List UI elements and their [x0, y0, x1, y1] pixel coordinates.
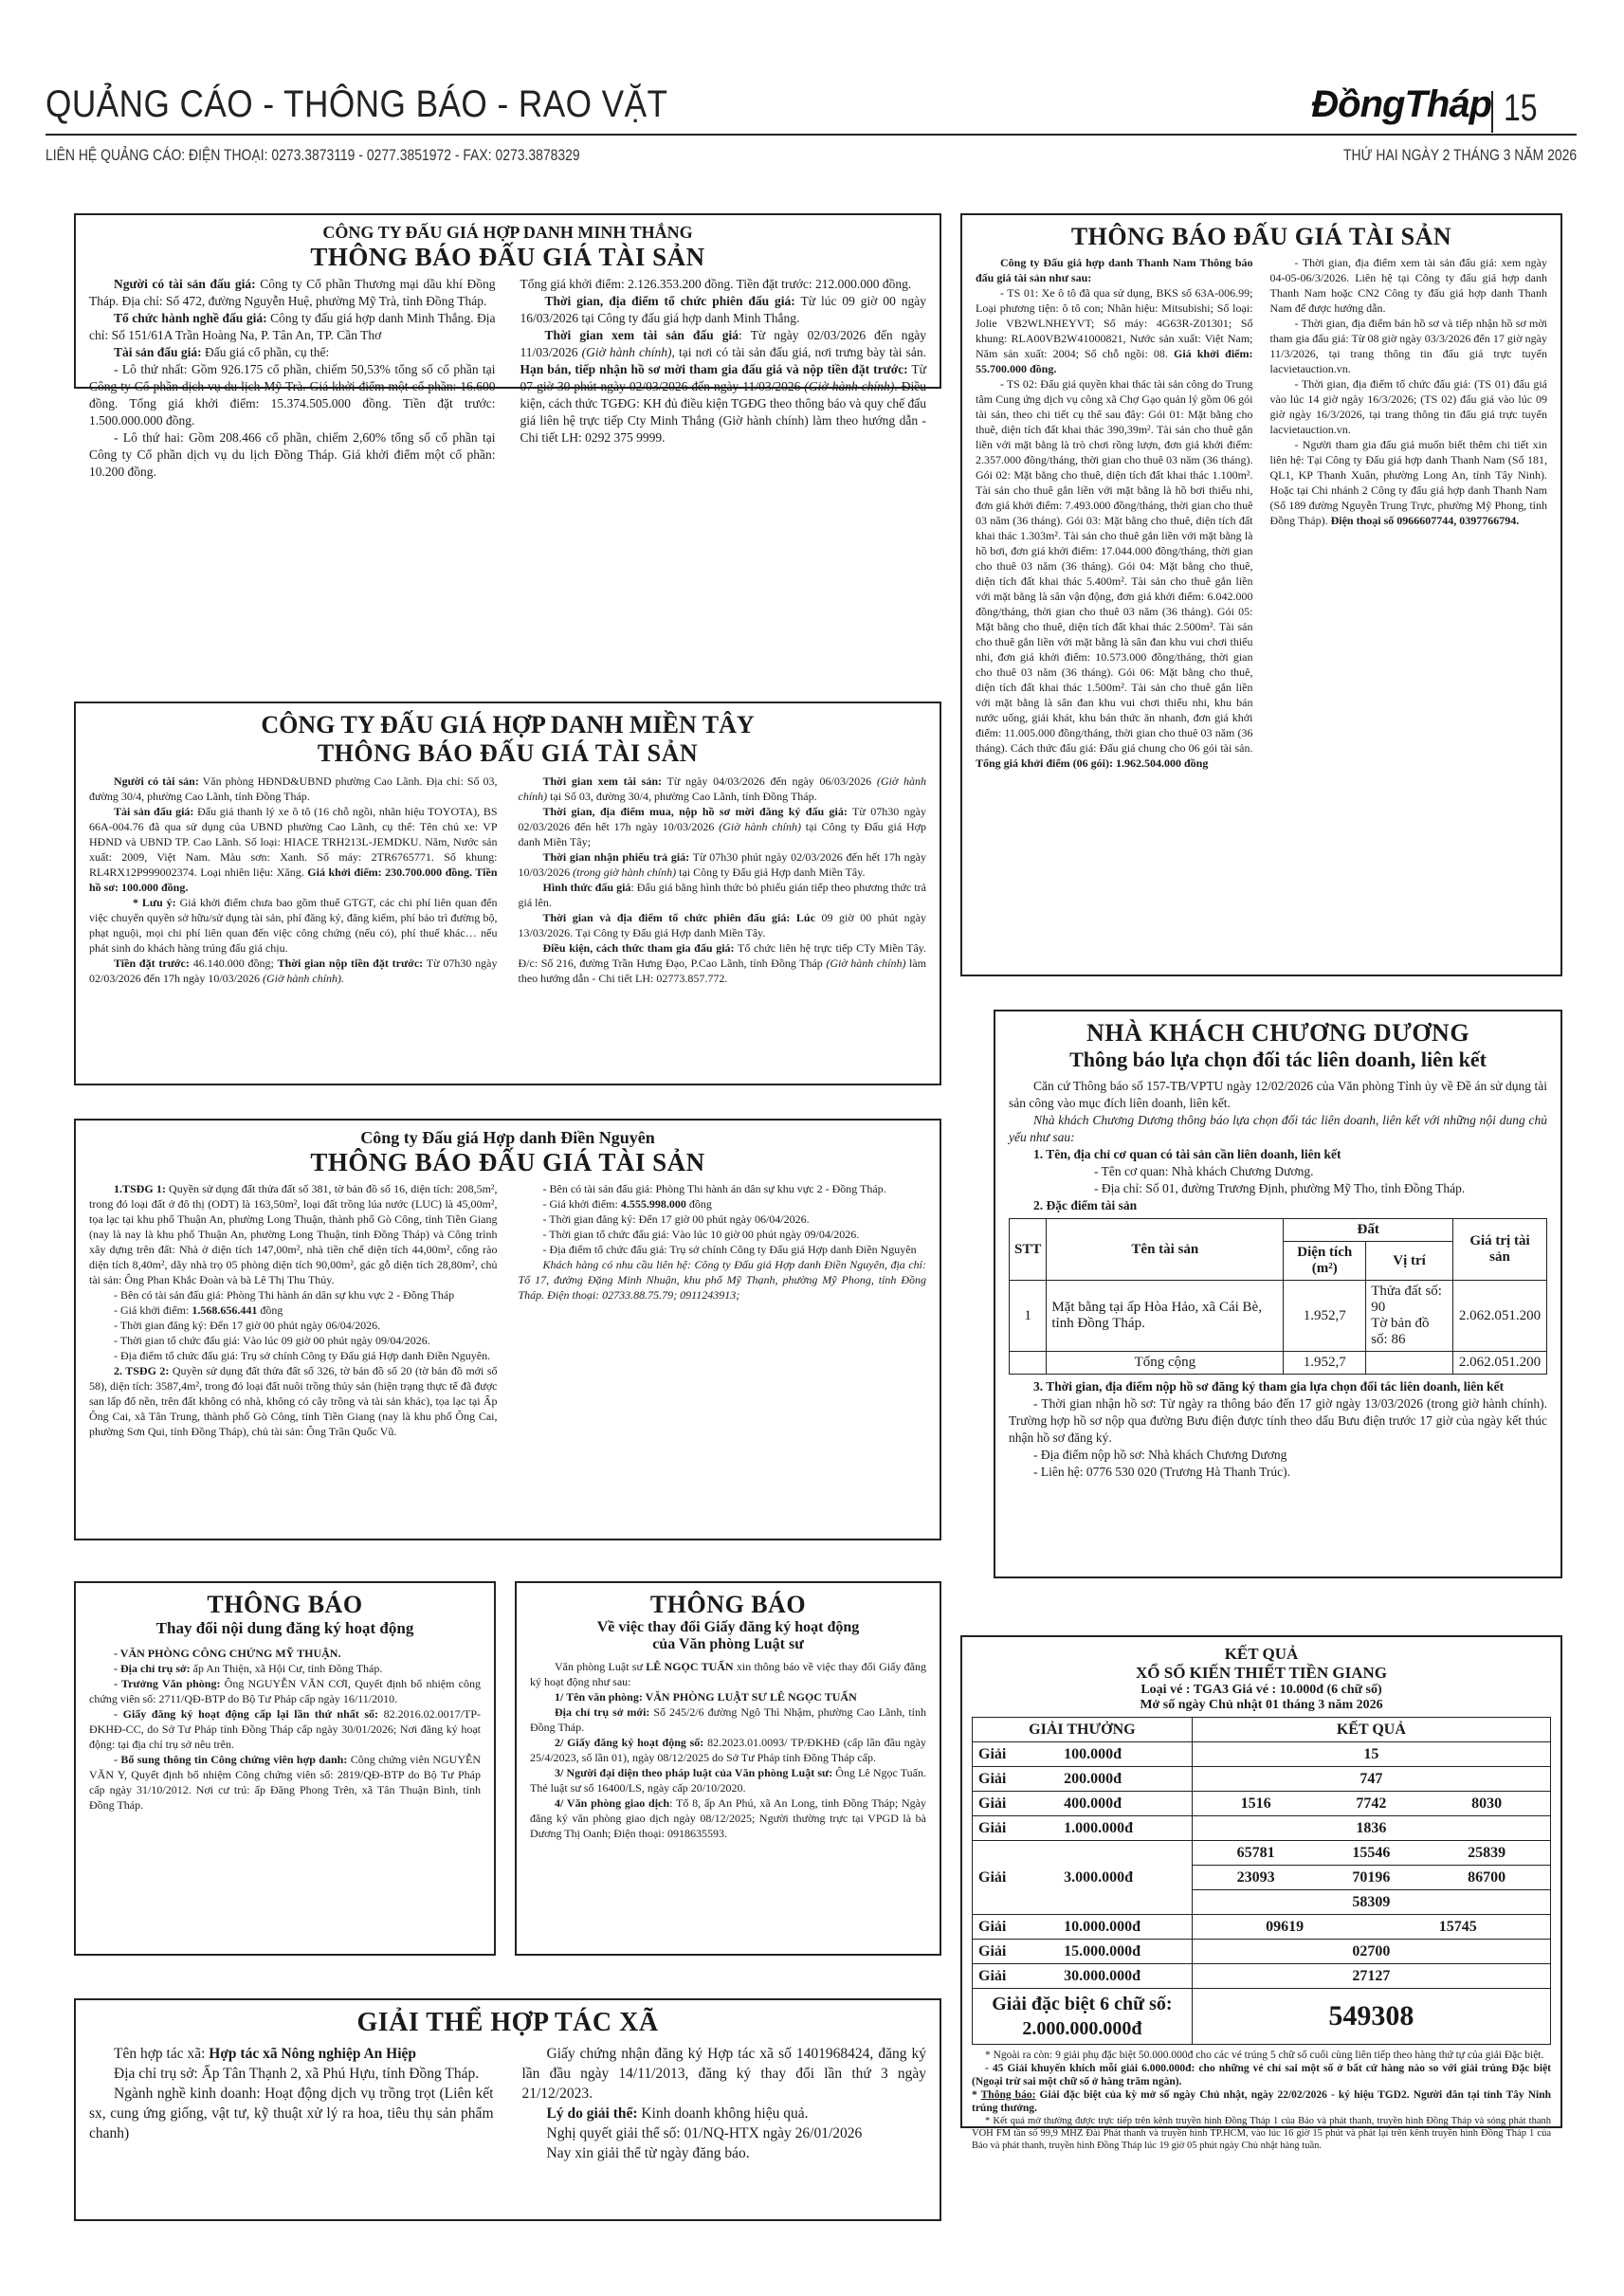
text: (trong giờ hành chính) [573, 866, 676, 879]
text: - Thời gian tổ chức đấu giá: Vào lúc 09 … [89, 1333, 498, 1348]
winning-number: 09619 [1266, 1919, 1304, 1936]
winning-number: 86700 [1468, 1869, 1505, 1886]
text: - Giá khởi điểm: [114, 1303, 192, 1317]
text: Nghị quyết giải thể số: 01/NQ-HTX ngày 2… [522, 2123, 927, 2143]
text: - Địa điểm nộp hồ sơ: Nhà khách Chương D… [1009, 1447, 1547, 1464]
lottery-results: KẾT QUẢ XỔ SỐ KIẾN THIẾT TIỀN GIANG Loại… [960, 1635, 1562, 2128]
prize-label: Giải [973, 1792, 1059, 1816]
special-number: 549308 [1192, 1989, 1550, 2045]
winning-number: 25839 [1468, 1845, 1505, 1862]
lottery-subtitle: XỔ SỐ KIẾN THIẾT TIỀN GIANG [972, 1664, 1551, 1683]
prize-amount: 10.000.000đ [1058, 1915, 1192, 1940]
ts02: - TS 02: Đấu giá quyền khai thác tài sản… [976, 377, 1253, 755]
prize-row: Giải15.000.000đ02700 [973, 1940, 1551, 1964]
coop-name: Hợp tác xã Nông nghiệp An Hiệp [209, 2046, 416, 2062]
text: Nay xin giải thể từ ngày đăng báo. [522, 2143, 927, 2163]
prize-row: Giải3.000.000đ657811554625839 [973, 1841, 1551, 1866]
header-separator [1491, 91, 1493, 133]
winning-number: 65781 [1237, 1845, 1275, 1862]
ad-chuong-duong: NHÀ KHÁCH CHƯƠNG DƯƠNG Thông báo lựa chọ… [994, 1010, 1562, 1578]
text: - Tên cơ quan: Nhà khách Chương Dương. [1009, 1163, 1547, 1180]
prize-amount: 3.000.000đ [1058, 1841, 1192, 1915]
cell: 1.952,7 [1284, 1352, 1366, 1375]
company-name: CÔNG TY ĐẤU GIÁ HỢP DANH MIỀN TÂY [89, 711, 926, 739]
text: 46.140.000 đồng; [190, 957, 278, 970]
text: Tên hợp tác xã: [114, 2046, 209, 2062]
notice-subtitle: của Văn phòng Luật sư [530, 1636, 926, 1653]
label: Tài sản đấu giá: [114, 345, 202, 359]
price: Tổng giá khởi điểm (06 gói): 1.962.504.0… [976, 756, 1208, 770]
label: Người có tài sản đấu giá: [114, 277, 256, 291]
winning-number: 02700 [1192, 1940, 1550, 1964]
cell: 2.062.051.200 [1452, 1281, 1546, 1352]
prize-row: Giải100.000đ15 [973, 1742, 1551, 1767]
prize-label: Giải [973, 1816, 1059, 1841]
company-name: CÔNG TY ĐẤU GIÁ HỢP DANH MINH THẮNG [89, 223, 926, 243]
note: * Kết quả mở thưởng được trực tiếp trên … [972, 2115, 1551, 2152]
notice-title: GIẢI THỂ HỢP TÁC XÃ [89, 2008, 926, 2038]
col-value: Giá trị tài sản [1452, 1219, 1546, 1281]
text: Kinh doanh không hiệu quả. [638, 2105, 809, 2122]
text: Ngành nghề kinh doanh: Hoạt động dịch vụ… [89, 2084, 494, 2143]
note: * Ngoài ra còn: 9 giải phụ đặc biệt 50.0… [972, 2049, 1551, 2062]
prize-amount: 1.000.000đ [1058, 1816, 1192, 1841]
office-name: - VĂN PHÒNG CÔNG CHỨNG MỸ THUẬN. [114, 1647, 340, 1660]
prize-row: Giải30.000.000đ27127 [973, 1964, 1551, 1989]
newspaper-logo: ĐồngTháp [1311, 83, 1491, 126]
prize-label: Giải [973, 1742, 1059, 1767]
text: ấp An Thiện, xã Hội Cư, tỉnh Đồng Tháp. [191, 1662, 383, 1675]
text: Văn phòng Luật sư [555, 1660, 646, 1673]
ad-minh-thang: CÔNG TY ĐẤU GIÁ HỢP DANH MINH THẮNG THÔN… [74, 213, 941, 389]
notice-subtitle: Về việc thay đổi Giấy đăng ký hoạt động [530, 1619, 926, 1636]
winning-number: 23093 [1237, 1869, 1275, 1886]
text: tại Công ty Đấu giá Hợp danh Miền Tây. [676, 866, 865, 879]
note-label: Thông báo: [981, 2089, 1036, 2101]
view-time: - Thời gian, địa điểm xem tài sản đấu gi… [1270, 255, 1548, 316]
special-amount: 2.000.000.000đ [978, 2016, 1186, 2041]
col-area: Diện tích (m²) [1284, 1242, 1366, 1281]
label: Thời gian xem tài sản: [543, 774, 663, 788]
lottery-table: GIẢI THƯỞNGKẾT QUẢ Giải100.000đ15 Giải20… [972, 1717, 1551, 2045]
label: Hình thức đấu giá [543, 881, 631, 894]
winning-number: 8030 [1471, 1795, 1502, 1813]
label: - Địa chỉ trụ sở: [114, 1662, 191, 1675]
lot-1: - Lô thứ nhất: Gồm 926.175 cổ phần, chiế… [89, 361, 496, 429]
text: - Giá khởi điểm: [543, 1197, 621, 1211]
prize-amount: 200.000đ [1058, 1767, 1192, 1792]
ad-giai-the-htx: GIẢI THỂ HỢP TÁC XÃ Tên hợp tác xã: Hợp … [74, 1998, 941, 2221]
text: - Liên hệ: 0776 530 020 (Trương Hà Thanh… [1009, 1464, 1547, 1481]
col-stt: STT [1010, 1219, 1047, 1281]
notice-title: NHÀ KHÁCH CHƯƠNG DƯƠNG [1009, 1019, 1547, 1048]
heading: 2. Đặc điểm tài sản [1033, 1198, 1137, 1212]
lot-2: - Lô thứ hai: Gồm 208.466 cổ phần, chiếm… [89, 429, 496, 481]
winning-number: 747 [1192, 1767, 1550, 1792]
text: (Giờ hành chính) [719, 820, 801, 833]
label: - Giấy đăng ký hoạt động cấp lại lần thứ… [114, 1707, 378, 1721]
col-location: Vị trí [1366, 1242, 1453, 1281]
ad-my-thuan: THÔNG BÁO Thay đổi nội dung đăng ký hoạt… [74, 1581, 496, 1956]
prize-label: Giải [973, 1767, 1059, 1792]
text: (Giờ hành chính). [263, 972, 344, 985]
label: 2. TSĐG 2: [114, 1364, 169, 1377]
notice-subtitle: Thay đổi nội dung đăng ký hoạt động [89, 1619, 481, 1638]
cell: 1.952,7 [1284, 1281, 1366, 1352]
prize-label: Giải [973, 1915, 1059, 1940]
winning-number: 1516 [1241, 1795, 1271, 1813]
winning-number: 70196 [1352, 1869, 1390, 1886]
note: Giải đặc biệt của kỳ mở số ngày Chủ nhật… [972, 2089, 1551, 2114]
text: (Giờ hành chính) [826, 957, 905, 970]
text: Địa chỉ trụ sở: Ấp Tân Thạnh 2, xã Phú H… [89, 2064, 494, 2084]
ad-contact-line: LIÊN HỆ QUẢNG CÁO: ĐIỆN THOẠI: 0273.3873… [46, 146, 580, 165]
label: Thời gian và địa điểm tổ chức phiên đấu … [543, 911, 815, 924]
cell: Mặt bằng tại ấp Hòa Hảo, xã Cái Bè, tỉnh… [1047, 1281, 1284, 1352]
text: - Thời gian tổ chức đấu giá: Vào lúc 10 … [519, 1227, 927, 1242]
col-prize: GIẢI THƯỞNG [973, 1718, 1193, 1742]
asset-table: STT Tên tài sản Đất Giá trị tài sản Diện… [1009, 1218, 1547, 1375]
label: * Lưu ý: [133, 896, 176, 909]
label: Tiền đặt trước: [114, 957, 190, 970]
notice-title: THÔNG BÁO ĐẤU GIÁ TÀI SẢN [89, 1148, 926, 1177]
text: (Giờ hành chính) [804, 379, 894, 393]
label: 1.TSĐG 1: [114, 1182, 166, 1195]
heading: 1/ Tên văn phòng: VĂN PHÒNG LUẬT SƯ LÊ N… [555, 1690, 857, 1704]
table-row: 1 Mặt bằng tại ấp Hòa Hảo, xã Cái Bè, tỉ… [1010, 1281, 1547, 1352]
heading: 1. Tên, địa chỉ cơ quan có tài sản cần l… [1033, 1147, 1341, 1161]
prize-label: Giải [973, 1841, 1059, 1915]
notice-title: THÔNG BÁO ĐẤU GIÁ TÀI SẢN [89, 739, 926, 768]
notice-title: THÔNG BÁO ĐẤU GIÁ TÀI SẢN [89, 243, 926, 272]
text: Căn cứ Thông báo số 157-TB/VPTU ngày 12/… [1009, 1078, 1547, 1112]
prize-label: Giải [973, 1964, 1059, 1989]
page-number: 15 [1504, 87, 1538, 130]
text: đồng [686, 1197, 712, 1211]
col-name: Tên tài sản [1047, 1219, 1284, 1281]
intro: Công ty Đấu giá hợp danh Thanh Nam Thông… [976, 256, 1253, 284]
label: Lý do giải thể: [547, 2105, 638, 2122]
office-name: LÊ NGỌC TUẤN [646, 1660, 733, 1673]
section-title: QUẢNG CÁO - THÔNG BÁO - RAO VẶT [46, 83, 667, 126]
label: 3/ Người đại diện theo pháp luật của Văn… [555, 1766, 832, 1779]
sale-time: - Thời gian, địa điểm bán hồ sơ và tiếp … [1270, 316, 1548, 376]
cell: 1 [1010, 1281, 1047, 1352]
text: - Địa chỉ: Số 01, đường Trương Định, phư… [1009, 1180, 1547, 1197]
text: - Địa điểm tổ chức đấu giá: Trụ sở chính… [519, 1242, 927, 1257]
winning-number: 15745 [1439, 1919, 1477, 1936]
text: (Giờ hành chính) [582, 345, 672, 359]
prize-row: Giải1.000.000đ1836 [973, 1816, 1551, 1841]
header-rule [46, 134, 1577, 136]
text: tại Số 03, đường 30/4, phường Cao Lãnh, … [547, 790, 816, 803]
ad-mien-tay: CÔNG TY ĐẤU GIÁ HỢP DANH MIỀN TÂY THÔNG … [74, 702, 941, 1085]
cell: Tổng cộng [1047, 1352, 1284, 1375]
label: Người có tài sản: [114, 774, 199, 788]
label: Điều kiện, cách thức tham gia đấu giá: [543, 941, 735, 955]
price: 4.555.998.000 [621, 1197, 686, 1211]
prize-amount: 30.000.000đ [1058, 1964, 1192, 1989]
winning-number: 15 [1192, 1742, 1550, 1767]
ad-dien-nguyen: Công ty Đấu giá Hợp danh Điền Nguyên THÔ… [74, 1119, 941, 1540]
notice-title: THÔNG BÁO ĐẤU GIÁ TÀI SẢN [976, 223, 1547, 251]
text: - Thời gian đăng ký: Đến 17 giờ 00 phút … [89, 1318, 498, 1333]
issue-date: THỨ HAI NGÀY 2 THÁNG 3 NĂM 2026 [1343, 146, 1577, 165]
label: Thời gian, địa điểm tổ chức phiên đấu gi… [545, 294, 795, 308]
winning-number: 7742 [1356, 1795, 1386, 1813]
prize-row: Giải400.000đ151677428030 [973, 1792, 1551, 1816]
prize-amount: 15.000.000đ [1058, 1940, 1192, 1964]
label: Thời gian xem tài sản đấu giá [545, 328, 739, 342]
label: Địa chỉ trụ sở mới: [555, 1705, 649, 1719]
text: Đấu giá cổ phần, cụ thể: [202, 345, 330, 359]
price: 1.568.656.441 [192, 1303, 257, 1317]
label: 4/ Văn phòng giao dịch [555, 1796, 669, 1810]
lottery-title: KẾT QUẢ [972, 1645, 1551, 1664]
total-price: Tổng giá khởi điểm: 2.126.353.200 đồng. … [520, 276, 927, 293]
col-result: KẾT QUẢ [1192, 1718, 1550, 1742]
total-row: Tổng cộng 1.952,7 2.062.051.200 [1010, 1352, 1547, 1375]
text: - Thời gian đăng ký: Đến 17 giờ 00 phút … [519, 1212, 927, 1227]
company-name: Công ty Đấu giá Hợp danh Điền Nguyên [89, 1128, 926, 1148]
label: Tổ chức hành nghề đấu giá: [114, 311, 267, 325]
label: - Bổ sung thông tin Công chứng viên hợp … [114, 1753, 347, 1766]
special-prize-row: Giải đặc biệt 6 chữ số:2.000.000.000đ 54… [973, 1989, 1551, 2045]
notice-title: THÔNG BÁO [530, 1591, 926, 1619]
ticket-info: Loại vé : TGA3 Giá vé : 10.000đ (6 chữ s… [972, 1683, 1551, 1698]
text: đồng [257, 1303, 283, 1317]
text: Từ ngày 04/03/2026 đến ngày 06/03/2026 [662, 774, 877, 788]
note: - 45 Giải khuyến khích mỗi giải 6.000.00… [972, 2062, 1551, 2088]
cell: 2.062.051.200 [1452, 1352, 1546, 1375]
label: 2/ Giấy đăng ký hoạt động số: [555, 1736, 703, 1749]
special-label: Giải đặc biệt 6 chữ số: [978, 1992, 1186, 2016]
cell: Thửa đất số: 90 [1371, 1284, 1448, 1316]
prize-amount: 100.000đ [1058, 1742, 1192, 1767]
text: , tại nơi có tài sản đấu giá, nơi trưng … [672, 345, 926, 359]
label: Thời gian nộp tiền đặt trước: [278, 957, 424, 970]
label: Thời gian, địa điểm mua, nộp hồ sơ mời đ… [543, 805, 848, 818]
ad-thanh-nam: THÔNG BÁO ĐẤU GIÁ TÀI SẢN Công ty Đấu gi… [960, 213, 1562, 976]
text: - Địa điểm tổ chức đấu giá: Trụ sở chính… [89, 1348, 498, 1363]
cell: Tờ bản đồ số: 86 [1371, 1316, 1448, 1348]
label: - Trưởng Văn phòng: [114, 1677, 220, 1690]
text: Giấy chứng nhận đăng ký Hợp tác xã số 14… [522, 2044, 927, 2104]
prize-amount: 400.000đ [1058, 1792, 1192, 1816]
prize-row: Giải200.000đ747 [973, 1767, 1551, 1792]
prize-label: Giải [973, 1940, 1059, 1964]
text: - Thời gian nhận hồ sơ: Từ ngày ra thông… [1009, 1395, 1547, 1447]
label: Tài sản đấu giá: [114, 805, 193, 818]
prize-row: Giải10.000.000đ0961915745 [973, 1915, 1551, 1940]
label: Hạn bán, tiếp nhận hồ sơ mời tham gia đấ… [520, 362, 908, 376]
winning-number: 15546 [1352, 1845, 1390, 1862]
text: - Bên có tài sản đấu giá: Phòng Thi hành… [519, 1181, 927, 1196]
text: Nhà khách Chương Dương thông báo lựa chọ… [1009, 1113, 1547, 1144]
notice-title: THÔNG BÁO [89, 1591, 481, 1619]
auction-time: - Thời gian, địa điểm tổ chức đấu giá: (… [1270, 376, 1548, 437]
label: Thời gian nhận phiếu trả giá: [543, 850, 690, 864]
notice-subtitle: Thông báo lựa chọn đối tác liên doanh, l… [1009, 1048, 1547, 1072]
text: Quyền sử dụng đất thửa đất số 381, tờ bả… [89, 1182, 498, 1286]
winning-number: 1836 [1192, 1816, 1550, 1841]
contact: Khách hàng có nhu cầu liên hệ: Công ty Đ… [519, 1258, 927, 1302]
draw-date: Mở số ngày Chủ nhật 01 tháng 3 năm 2026 [972, 1698, 1551, 1713]
heading: 3. Thời gian, địa điểm nộp hồ sơ đăng ký… [1033, 1379, 1504, 1394]
winning-number: 58309 [1192, 1890, 1550, 1915]
phone: Điện thoại số 0966607744, 0397766794. [1331, 514, 1520, 527]
winning-number: 27127 [1192, 1964, 1550, 1989]
col-land: Đất [1284, 1219, 1453, 1242]
text: - Bên có tài sản đấu giá: Phòng Thi hành… [89, 1287, 498, 1303]
ad-luat-su: THÔNG BÁO Về việc thay đổi Giấy đăng ký … [515, 1581, 941, 1956]
